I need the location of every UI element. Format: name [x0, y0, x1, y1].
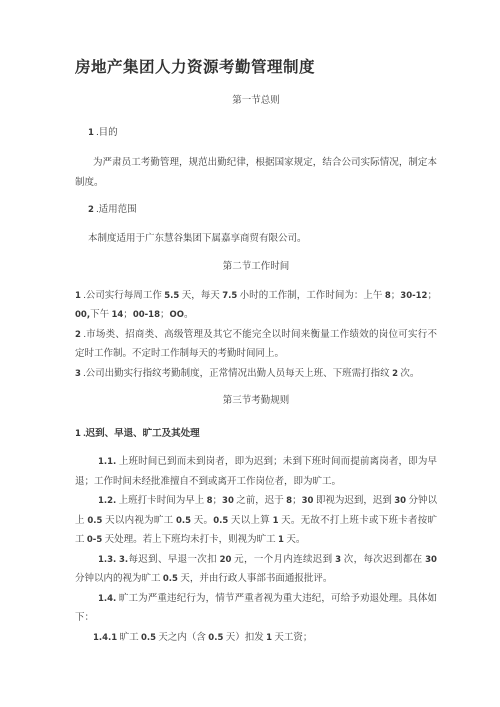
- worktime-rule-3: 3 .公司出勤实行指纹考勤制度，正常情况出勤人员每天上班、下班需打指纹 2 次。: [75, 365, 437, 385]
- rule-1-4: 1.4. 旷工为严重违纪行为，情节严重者视为重大违纪，可给予劝退处理。具体如下：: [75, 590, 437, 629]
- section-2-heading: 第二节工作时间: [75, 258, 437, 278]
- document-page: 房地产集团人力资源考勤管理制度 第一节总则 1 .目的 为严肃员工考勤管理，规范…: [0, 0, 500, 707]
- worktime-rule-1: 1 .公司实行每周工作 5.5 天，每天 7.5 小时的工作制，工作时间为：上午…: [75, 287, 437, 326]
- purpose-item-label: 1 .目的: [75, 124, 437, 144]
- rule-1-1: 1.1. 上班时间已到而未到岗者，即为迟到；未到下班时间而提前离岗者，即为早退；…: [75, 453, 437, 492]
- scope-item-label: 2 .适用范围: [75, 201, 437, 221]
- scope-body: 本制度适用于广东慧谷集团下属嘉享商贸有限公司。: [75, 230, 437, 250]
- purpose-body: 为严肃员工考勤管理，规范出勤纪律，根据国家规定，结合公司实际情况，制定本制度。: [75, 154, 437, 193]
- rule-1-3: 1.3. 3.每迟到、早退一次扣 20 元，一个月内连续迟到 3 次，每次迟到都…: [75, 551, 437, 590]
- worktime-rule-2: 2 .市场类、招商类、高级管理及其它不能完全以时间来衡量工作绩效的岗位可实行不定…: [75, 326, 437, 365]
- rule-1-2: 1.2. 上班打卡时间为早上 8；30 之前，迟于 8；30 即视为迟到，迟到 …: [75, 492, 437, 551]
- rule-1-4-1: 1.4.1 旷工 0.5 天之内（含 0.5 天）扣发 1 天工资；: [75, 629, 437, 649]
- attendance-rule-heading: 1 .迟到、早退、旷工及其处理: [75, 425, 437, 445]
- section-1-heading: 第一节总则: [75, 92, 437, 112]
- section-3-heading: 第三节考勤规则: [75, 392, 437, 412]
- document-title: 房地产集团人力资源考勤管理制度: [75, 58, 437, 78]
